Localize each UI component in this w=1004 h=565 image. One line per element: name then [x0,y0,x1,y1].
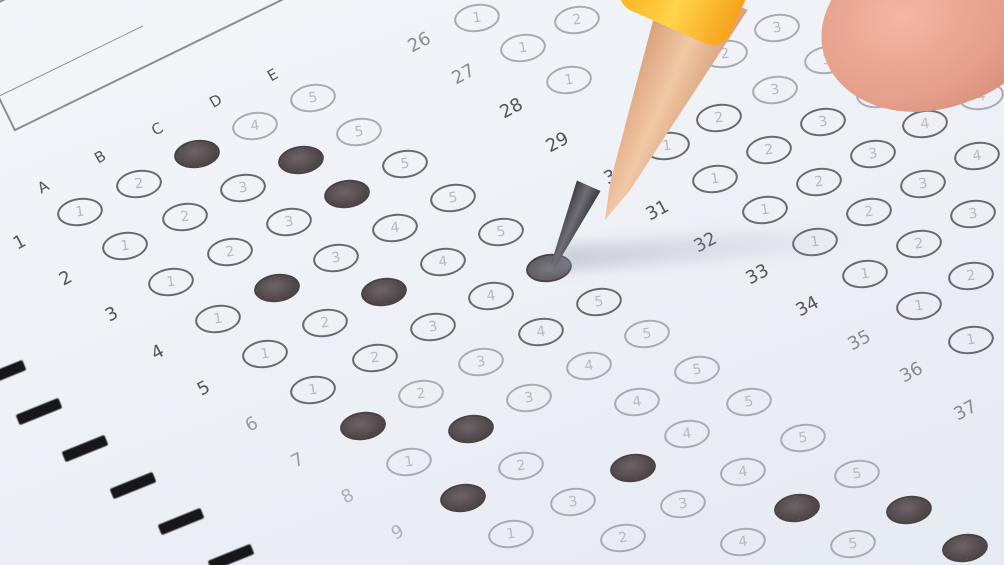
answer-bubble[interactable]: 3 [548,485,597,519]
answer-bubble[interactable]: 2 [300,306,349,340]
question-number: 34 [792,292,822,321]
answer-bubble[interactable]: 2 [160,200,209,234]
answer-sheet-photo: A B C D E 1 2 3 4 5 6 7 8 9 26 27 28 29 … [0,0,1004,565]
answer-bubble[interactable]: 3 [948,197,997,231]
answer-bubble[interactable]: 2 [552,3,601,37]
answer-bubble[interactable]: 2 [744,133,793,167]
answer-bubble[interactable]: 1 [894,289,943,323]
column-letter-c: C [148,119,166,140]
answer-bubble[interactable]: 3 [658,487,707,521]
answer-bubble[interactable]: 3 [798,105,847,139]
answer-bubble[interactable]: 1 [740,193,789,227]
answer-bubble[interactable]: 5 [380,147,429,181]
question-number: 31 [642,196,672,225]
question-number: 9 [388,521,408,545]
answer-bubble[interactable]: 4 [718,525,767,559]
answer-bubble[interactable]: 4 [230,109,279,143]
answer-bubble-filled[interactable] [338,409,387,443]
question-number: 35 [844,326,874,355]
answer-bubble-filled[interactable] [276,143,325,177]
answer-bubble[interactable]: 1 [55,195,104,229]
column-letter-e: E [264,65,281,85]
question-number: 4 [148,341,168,365]
answer-bubble-filled[interactable] [446,412,495,446]
question-number: 6 [242,413,262,437]
question-number: 3 [102,303,122,327]
answer-bubble[interactable]: 4 [516,315,565,349]
answer-bubble[interactable]: 5 [724,385,773,419]
answer-bubble[interactable]: 3 [264,205,313,239]
answer-bubble[interactable]: 2 [844,195,893,229]
question-number: 36 [896,358,926,387]
answer-bubble[interactable]: 4 [662,417,711,451]
answer-bubble[interactable]: 5 [778,421,827,455]
answer-bubble[interactable]: 1 [486,517,535,551]
answer-bubble-filled[interactable] [172,137,221,171]
answer-bubble[interactable]: 3 [898,167,947,201]
answer-bubble-filled[interactable] [884,493,933,527]
answer-bubble-filled[interactable] [608,451,657,485]
answer-bubble[interactable]: 5 [832,457,881,491]
answer-bubble[interactable]: 1 [690,162,739,196]
answer-bubble[interactable]: 1 [840,257,889,291]
answer-bubble[interactable]: 5 [334,115,383,149]
answer-bubble[interactable]: 1 [544,63,593,97]
answer-bubble-filled[interactable] [359,275,408,309]
answer-bubble[interactable]: 4 [418,245,467,279]
answer-bubble[interactable]: 4 [370,211,419,245]
answer-bubble[interactable]: 5 [288,81,337,115]
answer-bubble[interactable]: 2 [894,227,943,261]
answer-bubble[interactable]: 1 [146,265,195,299]
answer-bubble-filled[interactable] [322,177,371,211]
answer-bubble[interactable]: 2 [114,167,163,201]
answer-bubble[interactable]: 2 [396,377,445,411]
answer-bubble[interactable]: 2 [794,165,843,199]
answer-bubble[interactable]: 5 [622,317,671,351]
answer-bubble[interactable]: 3 [218,171,267,205]
answer-bubble[interactable]: 2 [496,449,545,483]
timing-mark [16,398,63,425]
id-grid-box [0,0,315,131]
answer-bubble[interactable]: 2 [350,341,399,375]
question-number: 1 [10,231,30,255]
question-number: 8 [338,485,358,509]
answer-bubble[interactable]: 1 [240,337,289,371]
answer-bubble[interactable]: 3 [750,73,799,107]
question-number: 27 [448,60,478,89]
answer-bubble-filled[interactable] [252,271,301,305]
answer-bubble[interactable]: 5 [428,181,477,215]
question-number: 37 [950,396,980,425]
answer-bubble[interactable]: 1 [100,229,149,263]
answer-bubble[interactable]: 1 [288,373,337,407]
answer-bubble[interactable]: 2 [946,259,995,293]
question-number: 33 [742,260,772,289]
answer-bubble-filled[interactable] [438,481,487,515]
question-number: 29 [542,128,572,157]
answer-bubble[interactable]: 3 [456,345,505,379]
answer-bubble[interactable]: 1 [384,445,433,479]
answer-bubble[interactable]: 3 [408,310,457,344]
question-number: 5 [194,377,214,401]
answer-bubble[interactable]: 4 [466,279,515,313]
column-letter-a: A [34,177,52,198]
timing-mark [62,435,109,462]
question-number: 2 [56,267,76,291]
answer-bubble[interactable]: 3 [504,381,553,415]
answer-bubble[interactable]: 2 [205,235,254,269]
answer-bubble-filled[interactable] [940,531,989,565]
answer-bubble[interactable]: 1 [946,323,995,357]
answer-bubble[interactable]: 1 [452,1,501,35]
question-number: 26 [404,28,434,57]
answer-bubble[interactable]: 5 [672,353,721,387]
answer-bubble[interactable]: 5 [828,527,877,561]
answer-bubble[interactable]: 4 [718,455,767,489]
question-number: 7 [288,449,308,473]
question-number: 28 [496,94,526,123]
timing-mark [158,508,205,535]
answer-bubble[interactable]: 1 [193,302,242,336]
answer-bubble[interactable]: 5 [574,285,623,319]
timing-mark [208,544,255,565]
answer-bubble[interactable]: 4 [952,139,1001,173]
timing-mark [0,360,26,387]
answer-bubble[interactable]: 4 [612,385,661,419]
column-letter-b: B [91,147,109,168]
answer-bubble[interactable]: 2 [598,521,647,555]
answer-bubble[interactable]: 3 [311,241,360,275]
answer-bubble-filled[interactable] [772,491,821,525]
timing-mark [110,472,157,499]
answer-bubble[interactable]: 3 [752,11,801,45]
answer-bubble[interactable]: 1 [498,31,547,65]
column-letter-d: D [206,90,225,111]
answer-bubble[interactable]: 2 [694,101,743,135]
answer-bubble[interactable]: 4 [564,349,613,383]
answer-bubble[interactable]: 5 [476,215,525,249]
answer-bubble[interactable]: 3 [848,137,897,171]
